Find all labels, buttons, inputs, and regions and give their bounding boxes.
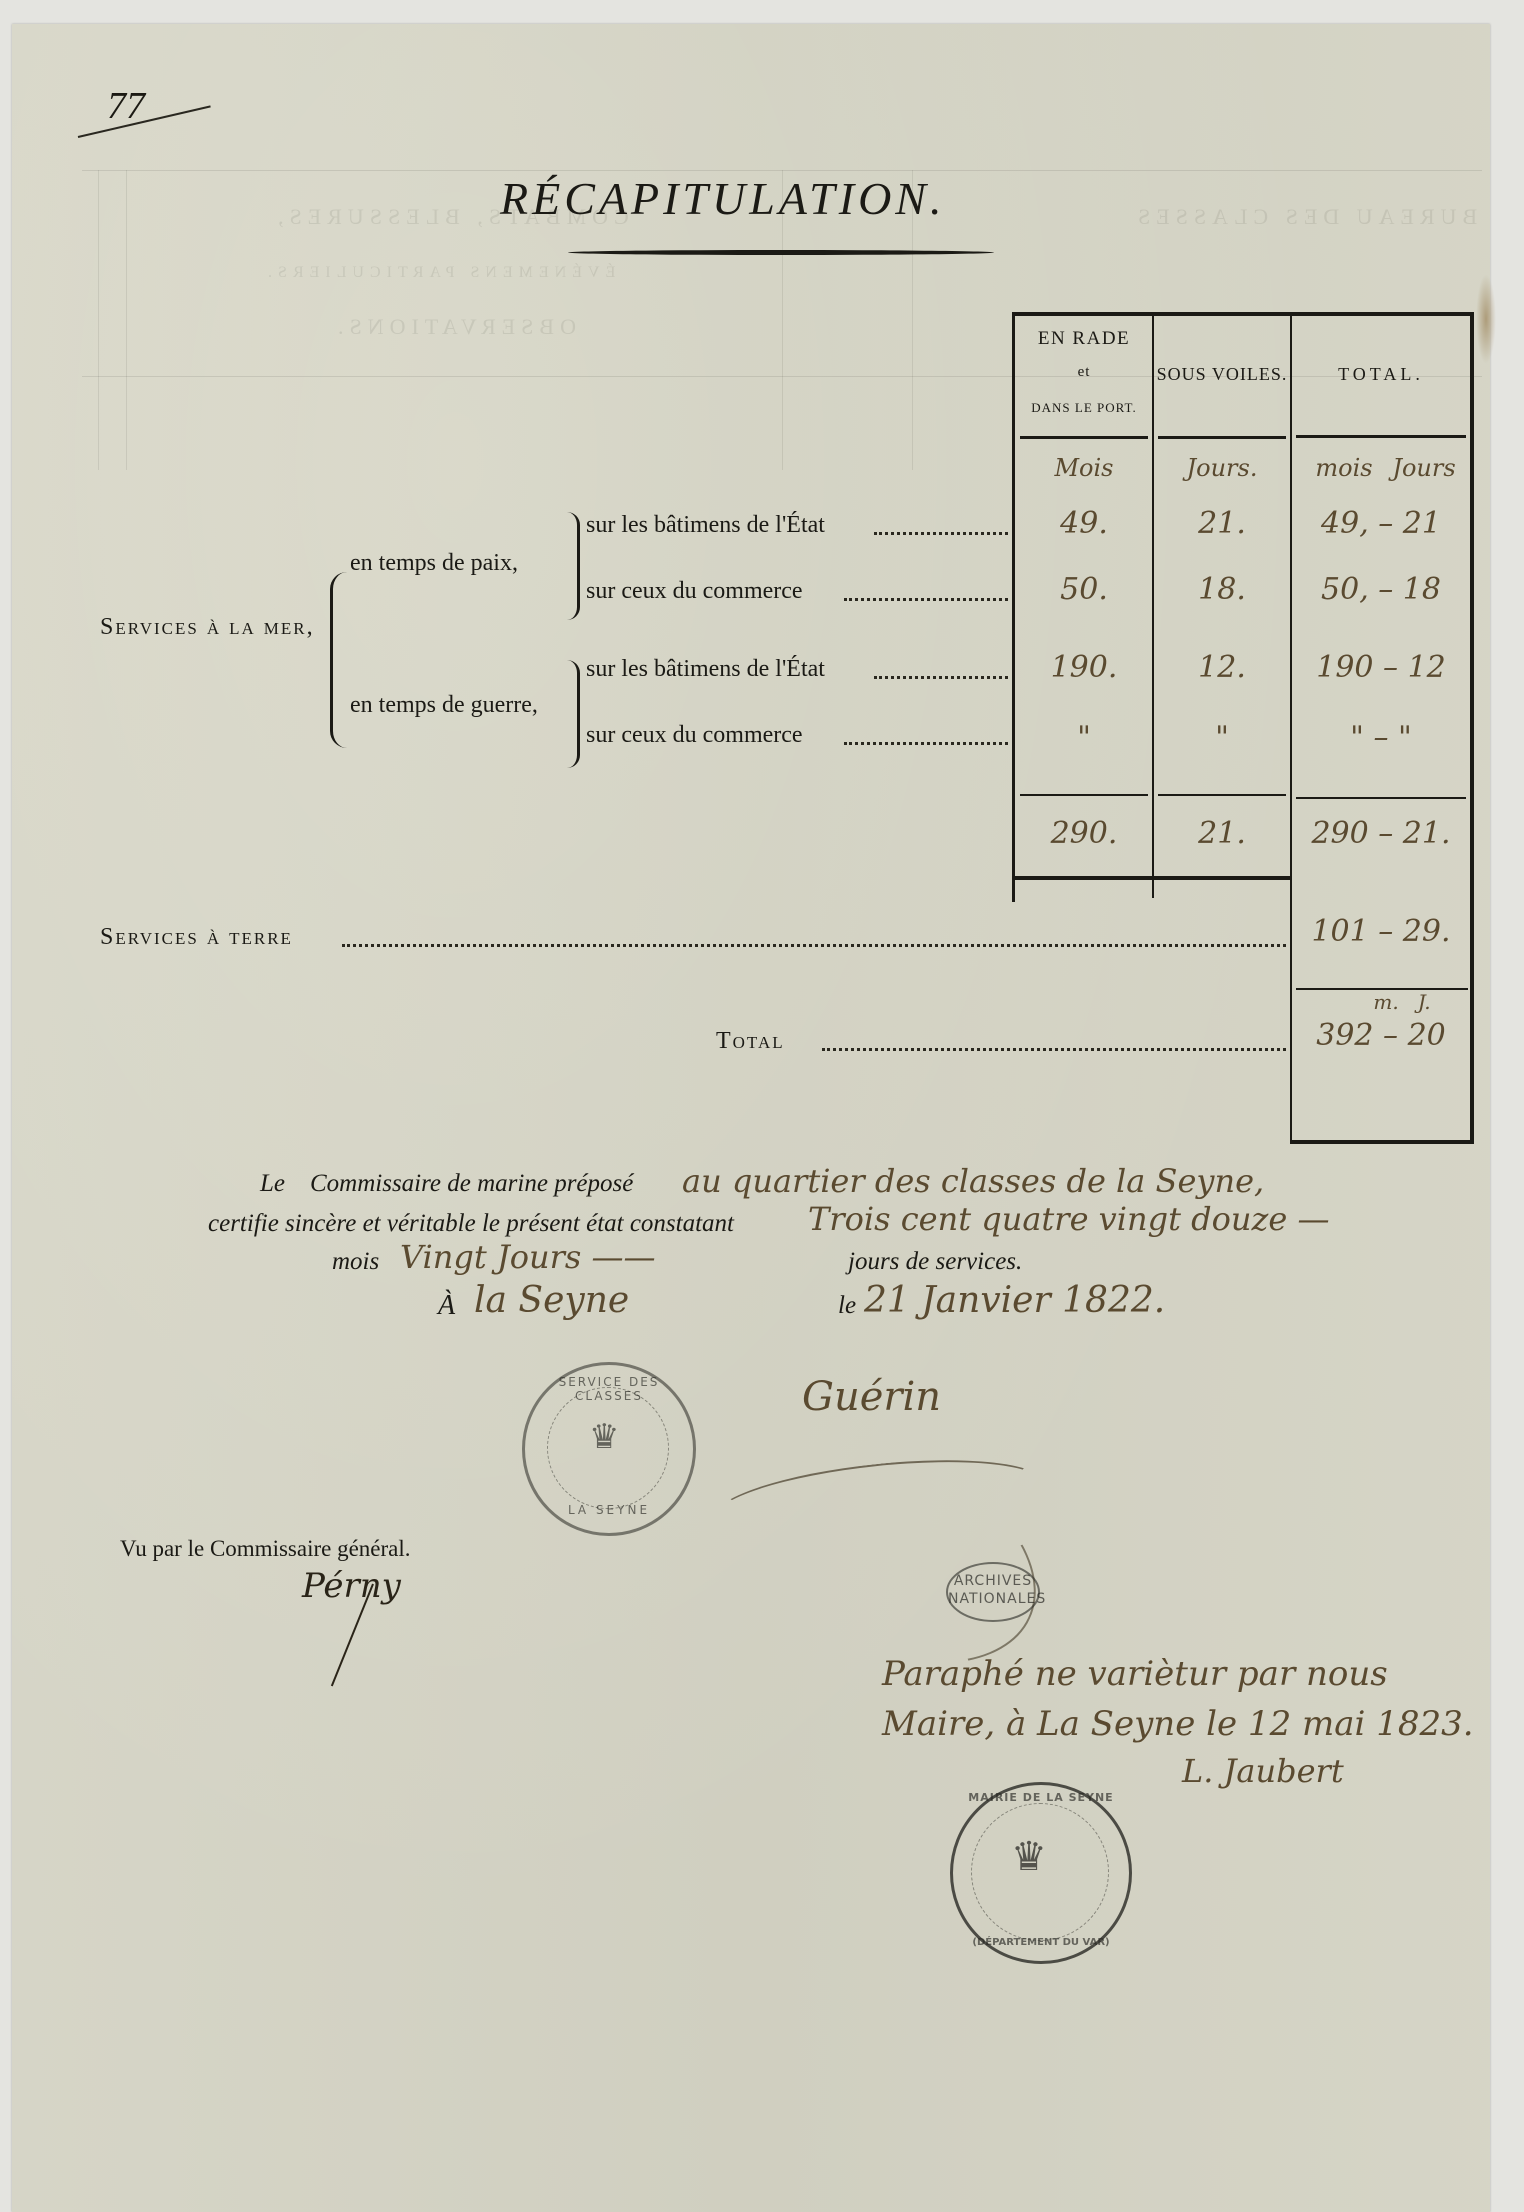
cert-place-prefix: À (438, 1290, 455, 1322)
signature-commissaire-general: Pérny (302, 1566, 401, 1606)
seal-bottom-text: (DÉPARTEMENT DU VAR) (953, 1937, 1129, 1948)
cert-line1-printed: Commissaire de marine préposé (310, 1170, 633, 1198)
bleed-through-text: BUREAU DES CLASSES (1132, 204, 1477, 230)
header-rule (1296, 435, 1466, 438)
header-rule (1158, 436, 1286, 439)
subtotal-en-rade: 290. (1016, 816, 1152, 851)
cell-sous-voiles: 18. (1154, 572, 1290, 607)
cell-sous-voiles: 21. (1154, 506, 1290, 541)
cell-en-rade: 190. (1016, 650, 1152, 685)
cert-line3-hand: Vingt Jours —— (400, 1238, 656, 1276)
table-top-border (1012, 312, 1472, 316)
grand-total-value: 392 – 20 (1292, 1018, 1470, 1053)
brace-guerre (567, 660, 580, 768)
header-dans-le-port: DANS LE PORT. (1016, 400, 1152, 416)
bleed-through-text: ÉVÉNEMENS PARTICULIERS. (262, 264, 615, 282)
cell-total: 50, – 18 (1292, 572, 1470, 607)
vu-par-label: Vu par le Commissaire général. (120, 1536, 411, 1562)
header-total: TOTAL. (1292, 364, 1470, 385)
cert-line2-printed: certifie sincère et véritable le présent… (208, 1210, 734, 1238)
leader-dots (874, 676, 1008, 679)
stamp-line: ARCHIVES (948, 1572, 1038, 1590)
subtotal-total: 290 – 21. (1292, 816, 1470, 851)
archives-nationales-stamp: ARCHIVES NATIONALES (946, 1562, 1040, 1622)
seal-bottom-text: LA SEYNE (525, 1503, 693, 1517)
stamp-line: NATIONALES (948, 1590, 1038, 1608)
subtotal-rule (1020, 794, 1148, 796)
seal-top-text: MAIRIE DE LA SEYNE (953, 1791, 1129, 1804)
cell-sous-voiles: " (1154, 720, 1290, 755)
table-right-border (1470, 312, 1474, 1144)
section-label-services-mer: Services à la mer, (100, 614, 315, 641)
header-rule (1020, 436, 1148, 439)
subheader-mois: Mois (1016, 454, 1152, 482)
cert-le: Le (260, 1170, 285, 1198)
cert-jours-de-services: jours de services. (848, 1248, 1022, 1276)
row-label: sur les bâtimens de l'État (586, 656, 825, 683)
subtotal-rule (1296, 797, 1466, 799)
seal-mairie-la-seyne: MAIRIE DE LA SEYNE (DÉPARTEMENT DU VAR) … (950, 1782, 1132, 1964)
bleed-rule (98, 170, 99, 470)
cell-total: 190 – 12 (1292, 650, 1470, 685)
subtotal-rule (1158, 794, 1286, 796)
cert-date-prefix: le (838, 1292, 856, 1320)
table-left-bottom-border (1012, 876, 1292, 880)
table-col-separator (1152, 316, 1154, 898)
cell-sous-voiles: 12. (1154, 650, 1290, 685)
seal-top-text: SERVICE DES CLASSES (525, 1375, 693, 1403)
row-label: sur les bâtimens de l'État (586, 512, 825, 539)
header-et: et (1016, 364, 1152, 381)
cell-en-rade: 49. (1016, 506, 1152, 541)
cert-line2-hand: Trois cent quatre vingt douze — (808, 1200, 1329, 1238)
subheader-total-mois: mois (1304, 454, 1384, 482)
cert-mois: mois (332, 1248, 379, 1276)
bleed-through-text: OBSERVATIONS. (332, 314, 576, 340)
row-label: sur ceux du commerce (586, 722, 803, 749)
table-bottom-border (1290, 1140, 1474, 1144)
crown-icon: ♛ (589, 1417, 619, 1457)
seal-service-des-classes: SERVICE DES CLASSES LA SEYNE ♛ (522, 1362, 696, 1536)
signature-maire: L. Jaubert (1182, 1752, 1344, 1790)
group-label-guerre: en temps de guerre, (350, 692, 538, 719)
brace-paix (567, 512, 580, 620)
grand-total-label: Total (716, 1028, 785, 1055)
leader-dots (342, 944, 1286, 947)
document-page: COMBATS, BLESSURES, ÉVÉNEMENS PARTICULIE… (12, 24, 1490, 2212)
subheader-total-jours: Jours (1384, 454, 1464, 482)
cert-line1-hand: au quartier des classes de la Seyne, (682, 1162, 1264, 1200)
cell-total: " – " (1292, 720, 1470, 755)
grand-total-units: m. J. (1342, 990, 1462, 1014)
leader-dots (822, 1048, 1286, 1051)
subheader-jours: Jours. (1154, 454, 1290, 482)
cell-en-rade: 50. (1016, 572, 1152, 607)
group-label-paix: en temps de paix, (350, 550, 518, 577)
cert-place-hand: la Seyne (474, 1280, 629, 1321)
header-sous-voiles: SOUS VOILES. (1154, 364, 1290, 385)
cell-en-rade: " (1016, 720, 1152, 755)
leader-dots (844, 742, 1008, 745)
page-title: RÉCAPITULATION. (500, 172, 945, 225)
mayor-note-line2: Maire, à La Seyne le 12 mai 1823. (882, 1704, 1474, 1744)
brace-services-mer (330, 572, 347, 748)
row-label: sur ceux du commerce (586, 578, 803, 605)
bleed-rule (126, 170, 127, 470)
services-terre-total: 101 – 29. (1292, 914, 1470, 949)
cert-date-hand: 21 Janvier 1822. (864, 1280, 1165, 1321)
services-terre-label: Services à terre (100, 924, 293, 951)
mayor-note-line1: Paraphé ne variètur par nous (882, 1654, 1388, 1694)
leader-dots (844, 598, 1008, 601)
cell-total: 49, – 21 (1292, 506, 1470, 541)
subtotal-sous-voiles: 21. (1154, 816, 1290, 851)
crown-icon: ♛ (1011, 1833, 1047, 1880)
leader-dots (874, 532, 1008, 535)
paper-stain (1476, 274, 1496, 364)
signature-commissaire: Guérin (802, 1374, 941, 1420)
title-ornament-rule (568, 250, 994, 255)
header-en-rade: EN RADE (1016, 328, 1152, 350)
table-left-border (1012, 312, 1015, 902)
